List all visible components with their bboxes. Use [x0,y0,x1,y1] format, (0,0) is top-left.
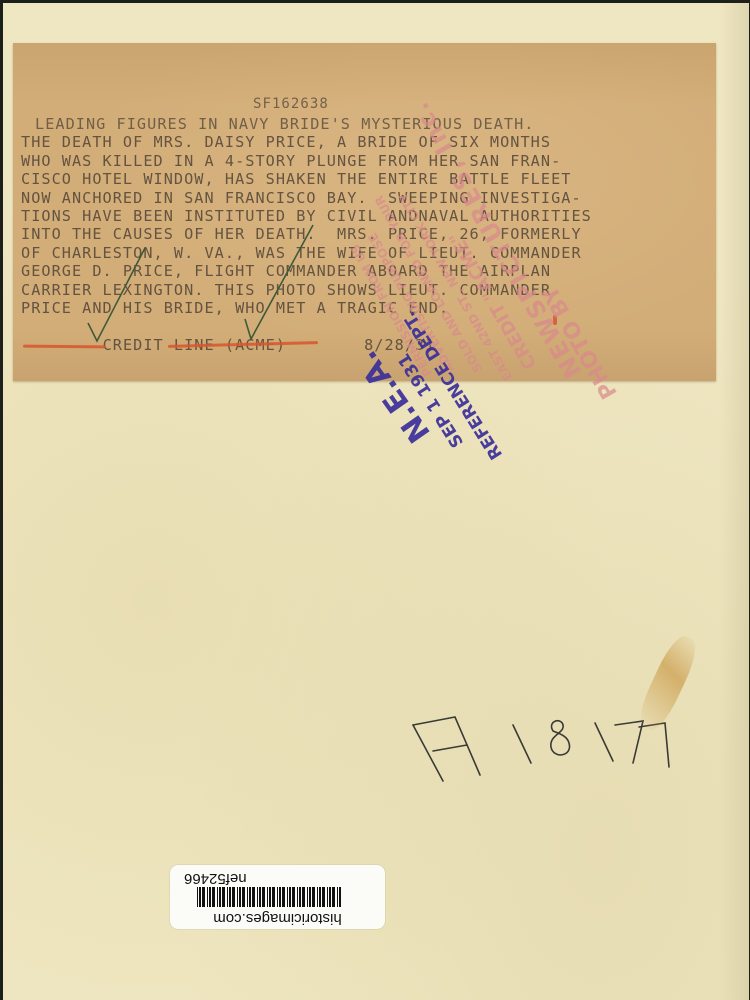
pencil-checkmark-icon [83,243,153,343]
caption-line: THE DEATH OF MRS. DAISY PRICE, A BRIDE O… [21,133,592,151]
typed-caption-slip: SF162638 LEADING FIGURES IN NAVY BRIDE'S… [13,43,716,381]
caption-line: CISCO HOTEL WINDOW, HAS SHAKEN THE ENTIR… [21,170,592,188]
handwritten-note-text: A 18177 [403,693,408,694]
handwritten-file-number: A 18177 [403,693,673,783]
caption-line: WHO WAS KILLED IN A 4-STORY PLUNGE FROM … [21,152,592,170]
label-code: nef52466 [184,870,247,887]
barcode-icon [195,887,341,907]
caption-line: NOW ANCHORED IN SAN FRANCISCO BAY. SWEEP… [21,189,592,207]
barcode-label: historicimages.com nef52466 [170,865,385,929]
label-site-name: historicimages.com [170,910,385,927]
caption-headline: LEADING FIGURES IN NAVY BRIDE'S MYSTERIO… [35,115,592,133]
barcode-label-rotated: historicimages.com nef52466 [170,865,385,929]
photo-back-sheet: SF162638 LEADING FIGURES IN NAVY BRIDE'S… [3,3,749,1000]
pencil-checkmark-icon [241,221,321,341]
caption-reference-number: SF162638 [253,95,329,113]
